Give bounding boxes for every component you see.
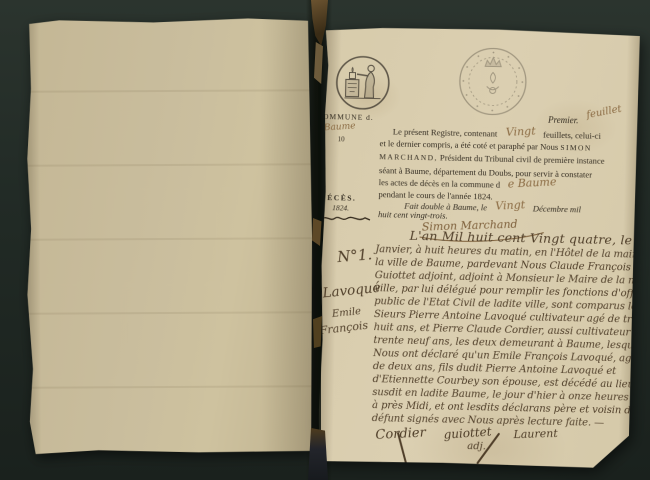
signature-guiottet: guiottet bbox=[443, 424, 492, 441]
deces-year: 1824. bbox=[332, 203, 349, 212]
act-margin-name: François bbox=[319, 319, 369, 338]
commune-seal-icon bbox=[332, 52, 393, 113]
right-register-page: COMMUNE d. Baume 10 Premier. feuillet Le… bbox=[317, 26, 640, 468]
handwritten-insert-date: Vingt bbox=[495, 198, 525, 212]
commune-label: COMMUNE d. bbox=[317, 112, 374, 122]
spine-leather-fragment bbox=[313, 316, 322, 348]
handwritten-insert-commune: e Baume bbox=[508, 176, 557, 191]
act-margin-number: N°1. bbox=[337, 245, 373, 266]
spine-leather-fragment bbox=[308, 428, 328, 480]
printed-text: et le dernier compris, a été coté et par… bbox=[379, 138, 558, 152]
signature-laurent: Laurent bbox=[513, 427, 558, 441]
act-margin-name: Lavoqué bbox=[322, 280, 381, 302]
flourish-icon bbox=[320, 213, 372, 226]
left-blank-page bbox=[25, 17, 313, 456]
printed-name-caps: Simon bbox=[560, 143, 592, 153]
printed-attestation: Le présent Registre, contenantVingtfeuil… bbox=[378, 125, 634, 206]
deces-label: DÉCÈS. bbox=[320, 193, 356, 203]
handwritten-insert-vingt: Vingt bbox=[505, 125, 535, 139]
right-page-surface: COMMUNE d. Baume 10 Premier. feuillet Le… bbox=[317, 26, 640, 468]
left-page-surface bbox=[25, 17, 313, 456]
royal-stamp-icon bbox=[450, 39, 536, 125]
folio-label: Premier. bbox=[548, 115, 579, 126]
printed-text: Le présent Registre, contenant bbox=[393, 126, 498, 138]
register-scan: COMMUNE d. Baume 10 Premier. feuillet Le… bbox=[0, 0, 650, 480]
printed-text: Président du Tribunal civil de première … bbox=[440, 153, 605, 166]
folio-handwritten: feuillet bbox=[586, 104, 623, 121]
commune-number: 10 bbox=[338, 135, 345, 143]
commune-handwritten-value: Baume bbox=[324, 121, 356, 133]
fait-double-line2: huit cent vingt-trois. bbox=[378, 209, 448, 220]
signature-guiottet-title: adj. bbox=[467, 441, 486, 452]
printed-name-caps: Marchand, bbox=[379, 153, 438, 163]
printed-text: Décembre mil bbox=[533, 203, 581, 214]
death-act-text: L'an Mil huit cent Vingt quatre, le Six … bbox=[372, 227, 634, 431]
act-margin-name: Emile bbox=[332, 306, 362, 320]
printed-text: feuillets, celui-ci bbox=[543, 130, 601, 141]
